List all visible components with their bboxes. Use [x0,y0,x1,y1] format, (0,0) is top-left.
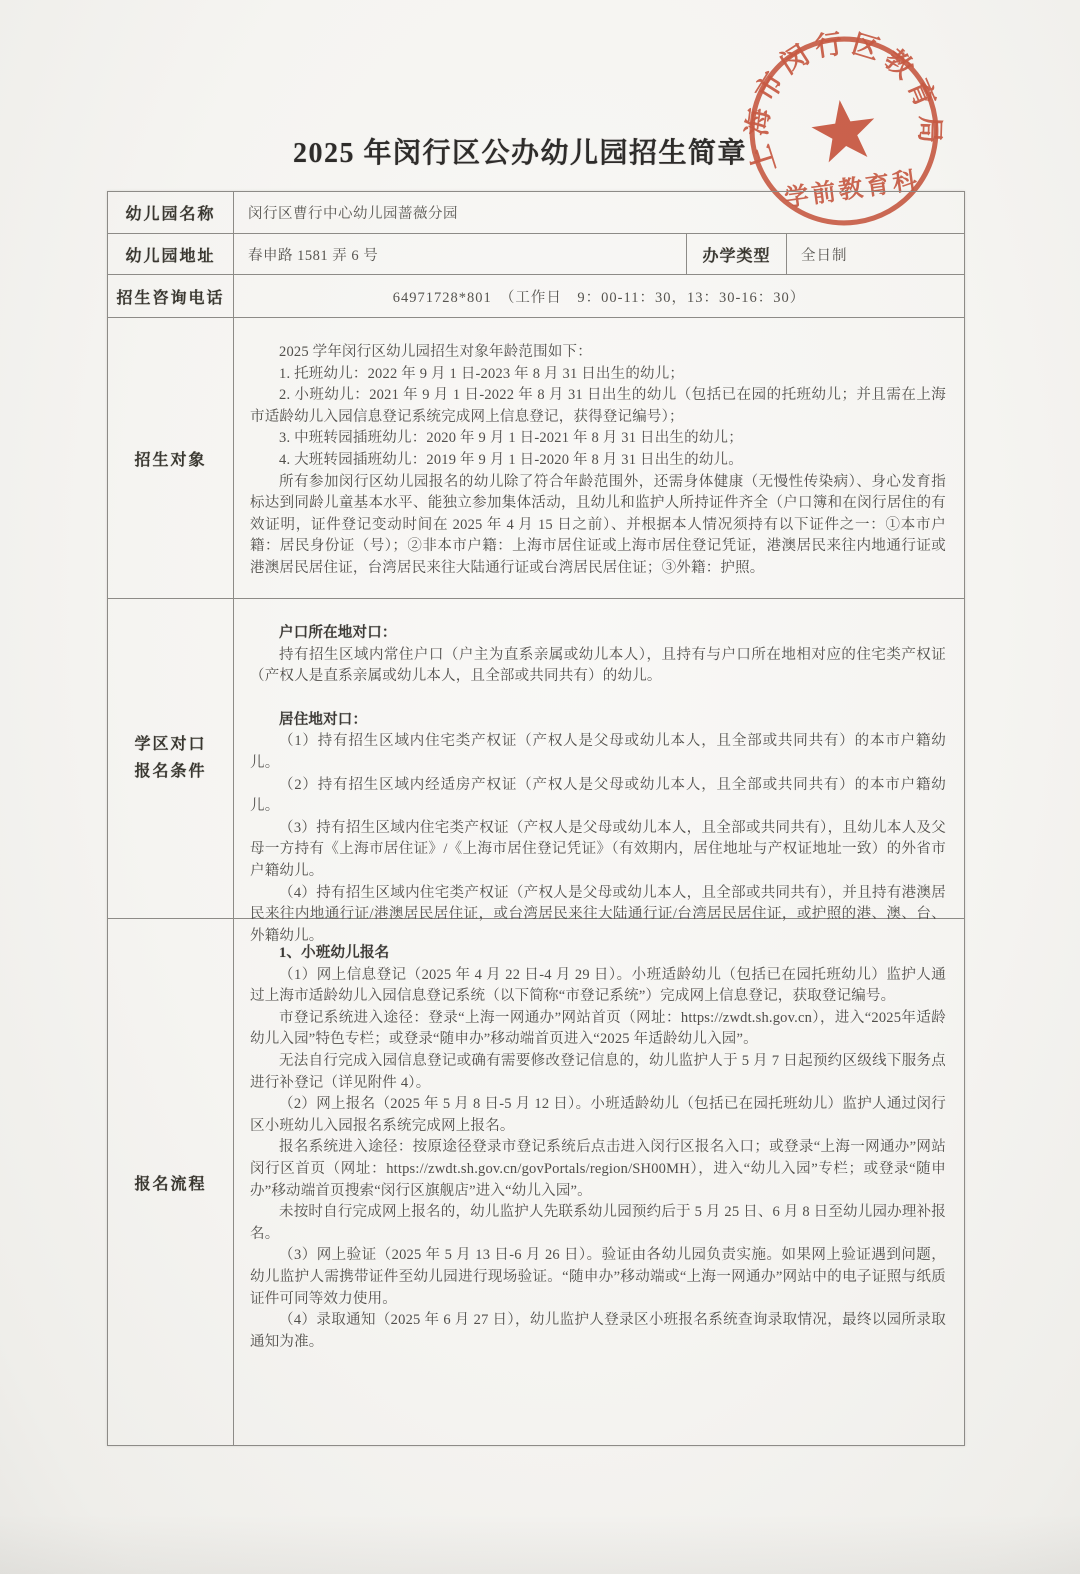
label-line-1: 学区对口 [134,732,206,758]
paragraph: （2）持有招生区域内经适房产权证（产权人是父母或幼儿本人，且全部或共同共有）的本… [250,775,946,818]
phone-value: 64971728*801 （工作日 9：00-11：30，13：30-16：30… [234,275,964,317]
address-value: 春申路 1581 弄 6 号 [234,234,686,274]
school-type-value: 全日制 [786,234,964,274]
district-conditions-label: 学区对口 报名条件 [108,599,234,918]
address-label: 幼儿园地址 [108,234,234,274]
label-line-2: 报名条件 [134,759,206,785]
registration-process-content: 1、小班幼儿报名 （1）网上信息登记（2025 年 4 月 22 日-4 月 2… [234,919,964,1445]
paragraph: 3. 中班转园插班幼儿：2020 年 9 月 1 日-2021 年 8 月 31… [250,428,946,450]
paragraph: （3）持有招生区域内住宅类产权证（产权人是父母或幼儿本人，且全部或共同共有），且… [250,818,946,883]
school-type-label: 办学类型 [686,234,786,274]
stamp-org-text: 上海市闵行区教育局 [730,17,950,177]
paragraph: （4）录取通知（2025 年 6 月 27 日），幼儿监护人登录区小班报名系统查… [250,1310,946,1353]
paragraph: 4. 大班转园插班幼儿：2019 年 9 月 1 日-2020 年 8 月 31… [250,450,946,472]
district-conditions-content: 户口所在地对口： 持有招生区域内常住户口（户主为直系亲属或幼儿本人），且持有与户… [234,599,964,918]
paragraph: 市登记系统进入途径：登录“上海一网通办”网站首页（网址：https://zwdt… [250,1008,946,1051]
paragraph: 1. 托班幼儿：2022 年 9 月 1 日-2023 年 8 月 31 日出生… [250,364,946,386]
enrollment-target-label: 招生对象 [108,318,234,598]
paragraph: （2）网上报名（2025 年 5 月 8 日-5 月 12 日）。小班适龄幼儿（… [250,1094,946,1137]
paragraph: 所有参加闵行区幼儿园报名的幼儿除了符合年龄范围外，还需身体健康（无慢性传染病）、… [250,472,946,580]
row-phone: 招生咨询电话 64971728*801 （工作日 9：00-11：30，13：3… [108,274,964,317]
paragraph: 无法自行完成入园信息登记或确有需要修改登记信息的，幼儿监护人于 5 月 7 日起… [250,1051,946,1094]
row-registration-process: 报名流程 1、小班幼儿报名 （1）网上信息登记（2025 年 4 月 22 日-… [108,918,964,1445]
paragraph: （1）持有招生区域内住宅类产权证（产权人是父母或幼儿本人，且全部或共同共有）的本… [250,731,946,774]
process-heading: 1、小班幼儿报名 [250,943,946,965]
paragraph: 报名系统进入途径：按原途径登录市登记系统后点击进入闵行区报名入口；或登录“上海一… [250,1137,946,1202]
paragraph: （1）网上信息登记（2025 年 4 月 22 日-4 月 29 日）。小班适龄… [250,965,946,1008]
row-district-conditions: 学区对口 报名条件 户口所在地对口： 持有招生区域内常住户口（户主为直系亲属或幼… [108,598,964,918]
paragraph: 2. 小班幼儿：2021 年 9 月 1 日-2022 年 8 月 31 日出生… [250,385,946,428]
paragraph: 持有招生区域内常住户口（户主为直系亲属或幼儿本人），且持有与户口所在地相对应的住… [250,645,946,688]
phone-label: 招生咨询电话 [108,275,234,317]
paragraph: 2025 学年闵行区幼儿园招生对象年龄范围如下： [250,342,946,364]
residence-heading: 居住地对口： [250,710,946,732]
enrollment-info-table: 幼儿园名称 闵行区曹行中心幼儿园蔷薇分园 幼儿园地址 春申路 1581 弄 6 … [107,191,965,1446]
paragraph: 未按时自行完成网上报名的，幼儿监护人先联系幼儿园预约后于 5 月 25 日、6 … [250,1202,946,1245]
row-address-type: 幼儿园地址 春申路 1581 弄 6 号 办学类型 全日制 [108,233,964,274]
kindergarten-name-value: 闵行区曹行中心幼儿园蔷薇分园 [234,192,964,233]
row-enrollment-target: 招生对象 2025 学年闵行区幼儿园招生对象年龄范围如下： 1. 托班幼儿：20… [108,317,964,598]
enrollment-target-content: 2025 学年闵行区幼儿园招生对象年龄范围如下： 1. 托班幼儿：2022 年 … [234,318,964,598]
document-page: 2025 年闵行区公办幼儿园招生简章 上海市闵行区教育局 学前教育科 幼儿园名称… [0,0,1080,1574]
registration-process-label: 报名流程 [108,919,234,1445]
row-kindergarten-name: 幼儿园名称 闵行区曹行中心幼儿园蔷薇分园 [108,192,964,233]
kindergarten-name-label: 幼儿园名称 [108,192,234,233]
svg-text:上海市闵行区教育局: 上海市闵行区教育局 [730,17,950,177]
paragraph: （3）网上验证（2025 年 5 月 13 日-6 月 26 日）。验证由各幼儿… [250,1245,946,1310]
star-icon [808,96,879,165]
hukou-heading: 户口所在地对口： [250,623,946,645]
